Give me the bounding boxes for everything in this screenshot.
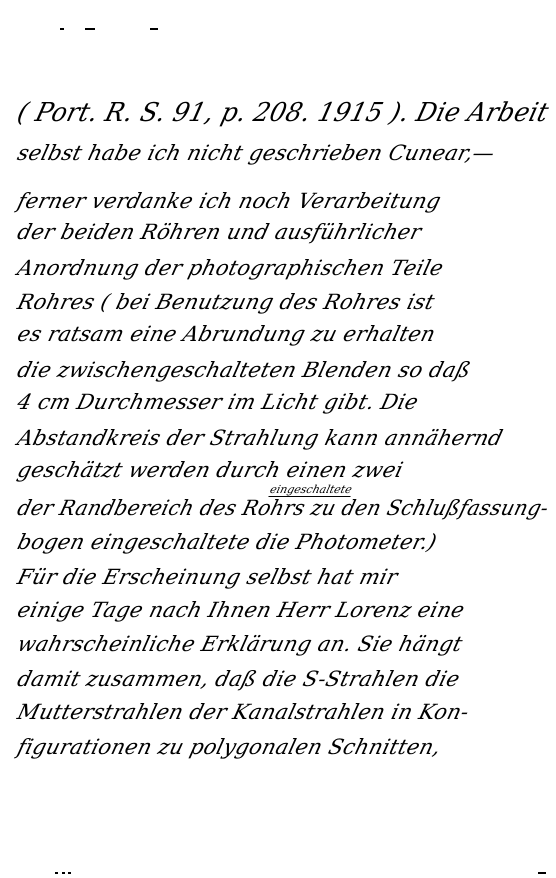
scan-artifact	[55, 872, 58, 874]
manuscript-line: der beiden Röhren und ausführlicher	[15, 220, 424, 244]
manuscript-line: geschätzt werden durch einen zwei	[15, 458, 406, 482]
manuscript-line: Abstandkreis der Strahlung kann annähern…	[15, 426, 505, 450]
manuscript-line: Für die Erscheinung selbst hat mir	[15, 565, 400, 589]
manuscript-line: wahrscheinliche Erklärung an. Sie hängt	[15, 632, 465, 656]
manuscript-line: ( Port. R. S. 91, p. 208. 1915 ). Die Ar…	[14, 98, 551, 128]
manuscript-line: der Randbereich des Rohrs zu den Schlußf…	[15, 496, 551, 520]
manuscript-line: die zwischengeschalteten Blenden so daß	[15, 358, 473, 382]
manuscript-line: damit zusammen, daß die S-Strahlen die	[15, 667, 462, 691]
manuscript-line: ferner verdanke ich noch Verarbeitung	[15, 189, 444, 213]
manuscript-line: figurationen zu polygonalen Schnitten,	[15, 735, 443, 759]
manuscript-line: Mutterstrahlen der Kanalstrahlen in Kon-	[15, 700, 472, 724]
manuscript-line: einige Tage nach Ihnen Herr Lorenz eine	[15, 598, 467, 622]
manuscript-line: selbst habe ich nicht geschrieben Cunear…	[15, 141, 497, 165]
scan-artifact	[85, 28, 95, 30]
scan-artifact	[538, 872, 546, 874]
scan-artifact	[68, 872, 71, 874]
manuscript-line: Rohres ( bei Benutzung des Rohres ist	[15, 290, 437, 314]
scan-artifact	[150, 28, 158, 30]
manuscript-line: es ratsam eine Abrundung zu erhalten	[15, 322, 438, 346]
scan-artifact	[60, 28, 64, 30]
scan-artifact	[62, 872, 65, 874]
manuscript-line: bogen eingeschaltete die Photometer.)	[15, 530, 439, 554]
manuscript-line: 4 cm Durchmesser im Licht gibt. Die	[15, 390, 421, 414]
manuscript-line: Anordnung der photographischen Teile	[15, 256, 446, 280]
manuscript-page: ( Port. R. S. 91, p. 208. 1915 ). Die Ar…	[0, 0, 556, 878]
